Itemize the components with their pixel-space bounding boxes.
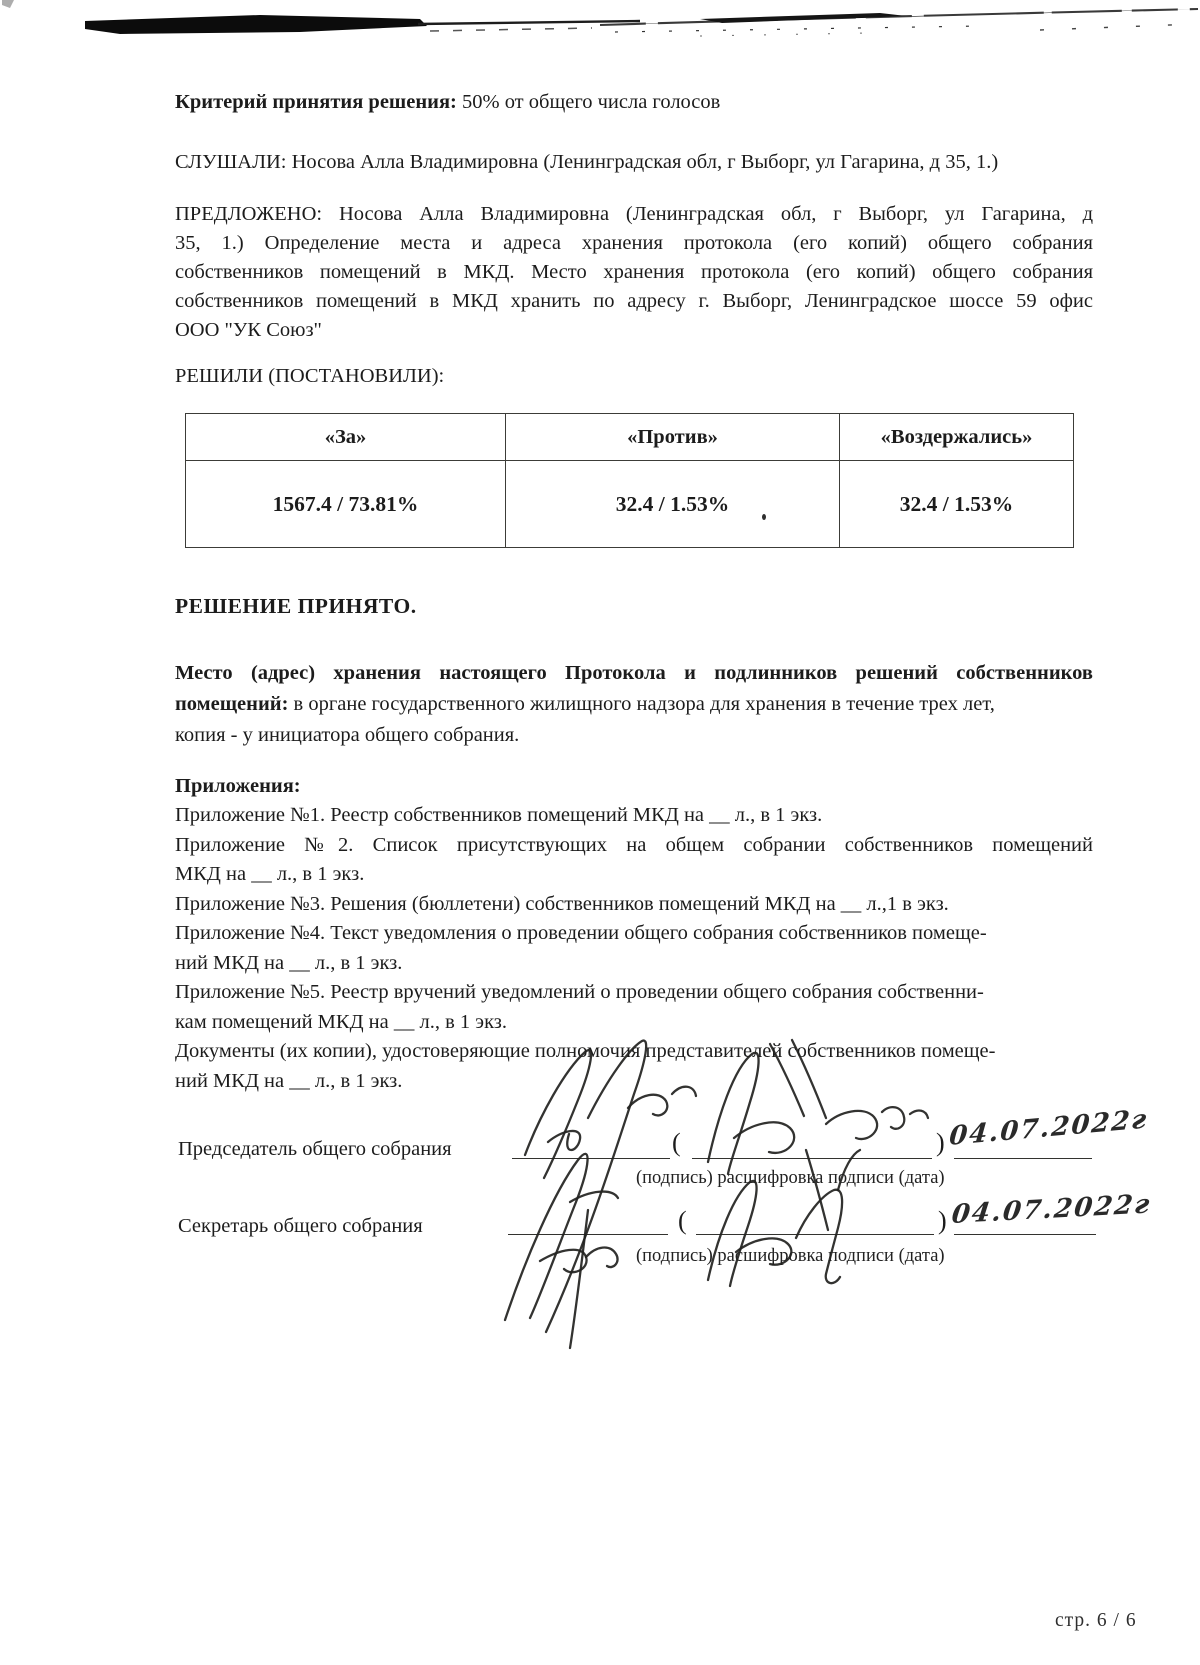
vote-header-for: «За»	[186, 414, 506, 461]
scan-smudge-artifact	[0, 0, 1200, 60]
attachment-line: Приложение №2. Список присутствующих на …	[175, 831, 1093, 861]
attachments-heading: Приложения:	[175, 772, 301, 801]
proposed-paragraph: ПРЕДЛОЖЕНО: Носова Алла Владимировна (Ле…	[175, 200, 1093, 345]
vote-value-abstained: 32.4 / 1.53%	[840, 461, 1074, 548]
vote-table-header-row: «За» «Против» «Воздержались»	[186, 414, 1074, 461]
storage-line2-rest: в органе государственного жилищного надз…	[294, 693, 995, 715]
vote-results-table: «За» «Против» «Воздержались» 1567.4 / 73…	[185, 413, 1074, 548]
chairman-name-handwriting	[708, 1040, 928, 1174]
chairman-label: Председатель общего собрания	[178, 1135, 452, 1164]
proposed-line: собственников помещений в МКД. Место хра…	[175, 258, 1093, 287]
handwritten-signatures	[470, 1030, 1150, 1350]
criterion-text: 50% от общего числа голосов	[462, 91, 720, 113]
proposed-line: ПРЕДЛОЖЕНО: Носова Алла Владимировна (Ле…	[175, 200, 1093, 229]
resolved-heading: РЕШИЛИ (ПОСТАНОВИЛИ):	[175, 362, 444, 391]
attachment-line: Приложение №1. Реестр собственников поме…	[175, 801, 1093, 831]
attachment-line: МКД на __ л., в 1 экз.	[175, 860, 1093, 890]
decision-accepted-heading: РЕШЕНИЕ ПРИНЯТО.	[175, 592, 417, 621]
secretary-signature-handwriting	[505, 1154, 618, 1348]
storage-line: помещений: в органе государственного жил…	[175, 689, 1093, 720]
proposed-line: собственников помещений в МКД хранить по…	[175, 287, 1093, 316]
chairman-signature-handwriting	[525, 1041, 696, 1332]
secretary-label: Секретарь общего собрания	[178, 1212, 423, 1241]
criterion-label: Критерий принятия решения:	[175, 91, 457, 113]
vote-value-against: 32.4 / 1.53%	[506, 461, 840, 548]
vote-value-for: 1567.4 / 73.81%	[186, 461, 506, 548]
attachment-line: Приложение №4. Текст уведомления о прове…	[175, 919, 1093, 949]
storage-paragraph: Место (адрес) хранения настоящего Проток…	[175, 658, 1093, 751]
proposed-line: ООО "УК Союз"	[175, 316, 1093, 345]
storage-line: Место (адрес) хранения настоящего Проток…	[175, 658, 1093, 689]
ink-dot-artifact	[762, 514, 766, 520]
storage-bold-prefix: помещений:	[175, 693, 288, 715]
vote-header-against: «Против»	[506, 414, 840, 461]
storage-line: копия - у инициатора общего собрания.	[175, 720, 1093, 751]
vote-table-value-row: 1567.4 / 73.81% 32.4 / 1.53% 32.4 / 1.53…	[186, 461, 1074, 548]
criterion-line: Критерий принятия решения: 50% от общего…	[175, 88, 1093, 117]
attachment-line: Приложение №5. Реестр вручений уведомлен…	[175, 978, 1093, 1008]
attachment-line: Приложение №3. Решения (бюллетени) собст…	[175, 890, 1093, 920]
vote-header-abstained: «Воздержались»	[840, 414, 1074, 461]
heard-line: СЛУШАЛИ: Носова Алла Владимировна (Ленин…	[175, 148, 1093, 177]
scanned-protocol-page: Критерий принятия решения: 50% от общего…	[0, 0, 1200, 1665]
proposed-line: 35, 1.) Определение места и адреса хране…	[175, 229, 1093, 258]
page-number: стр. 6 / 6	[1055, 1610, 1137, 1632]
attachment-line: ний МКД на __ л., в 1 экз.	[175, 949, 1093, 979]
secretary-name-handwriting	[708, 1150, 860, 1286]
